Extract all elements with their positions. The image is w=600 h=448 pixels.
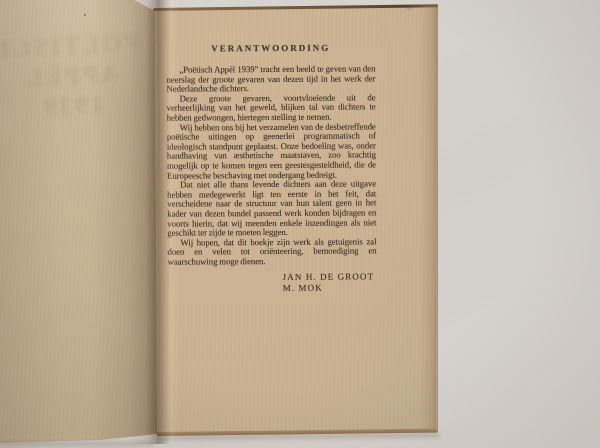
paper-speck (84, 14, 86, 16)
paragraph-4: Dat niet alle thans levende dichters aan… (167, 179, 376, 238)
paragraph-2: Deze groote gevaren, voortvloeiende uit … (167, 93, 376, 123)
book-photo: POËTISCH APPÈL 1939 VERANTWOORDING „Poët… (0, 0, 600, 448)
left-page-fold-shading (0, 0, 160, 448)
signature-m-mok: M. MOK (283, 283, 377, 295)
paragraph-1: „Poëtisch Appèl 1939” tracht een beeld t… (166, 64, 375, 94)
signature-block: JAN H. DE GROOT M. MOK (283, 272, 377, 295)
signature-jan-h-de-groot: JAN H. DE GROOT (283, 272, 377, 284)
page-text-block: VERANTWOORDING „Poëtisch Appèl 1939” tra… (166, 42, 377, 295)
paragraph-5: Wij hopen, dat dit boekje zijn werk als … (167, 237, 376, 267)
paper-smudge (406, 6, 412, 9)
page-title: VERANTWOORDING (166, 42, 375, 53)
page-shadow-left (0, 442, 154, 448)
paragraph-3: Wij hebben ons bij het verzamelen van de… (167, 122, 376, 181)
page-fore-edge (419, 5, 438, 432)
